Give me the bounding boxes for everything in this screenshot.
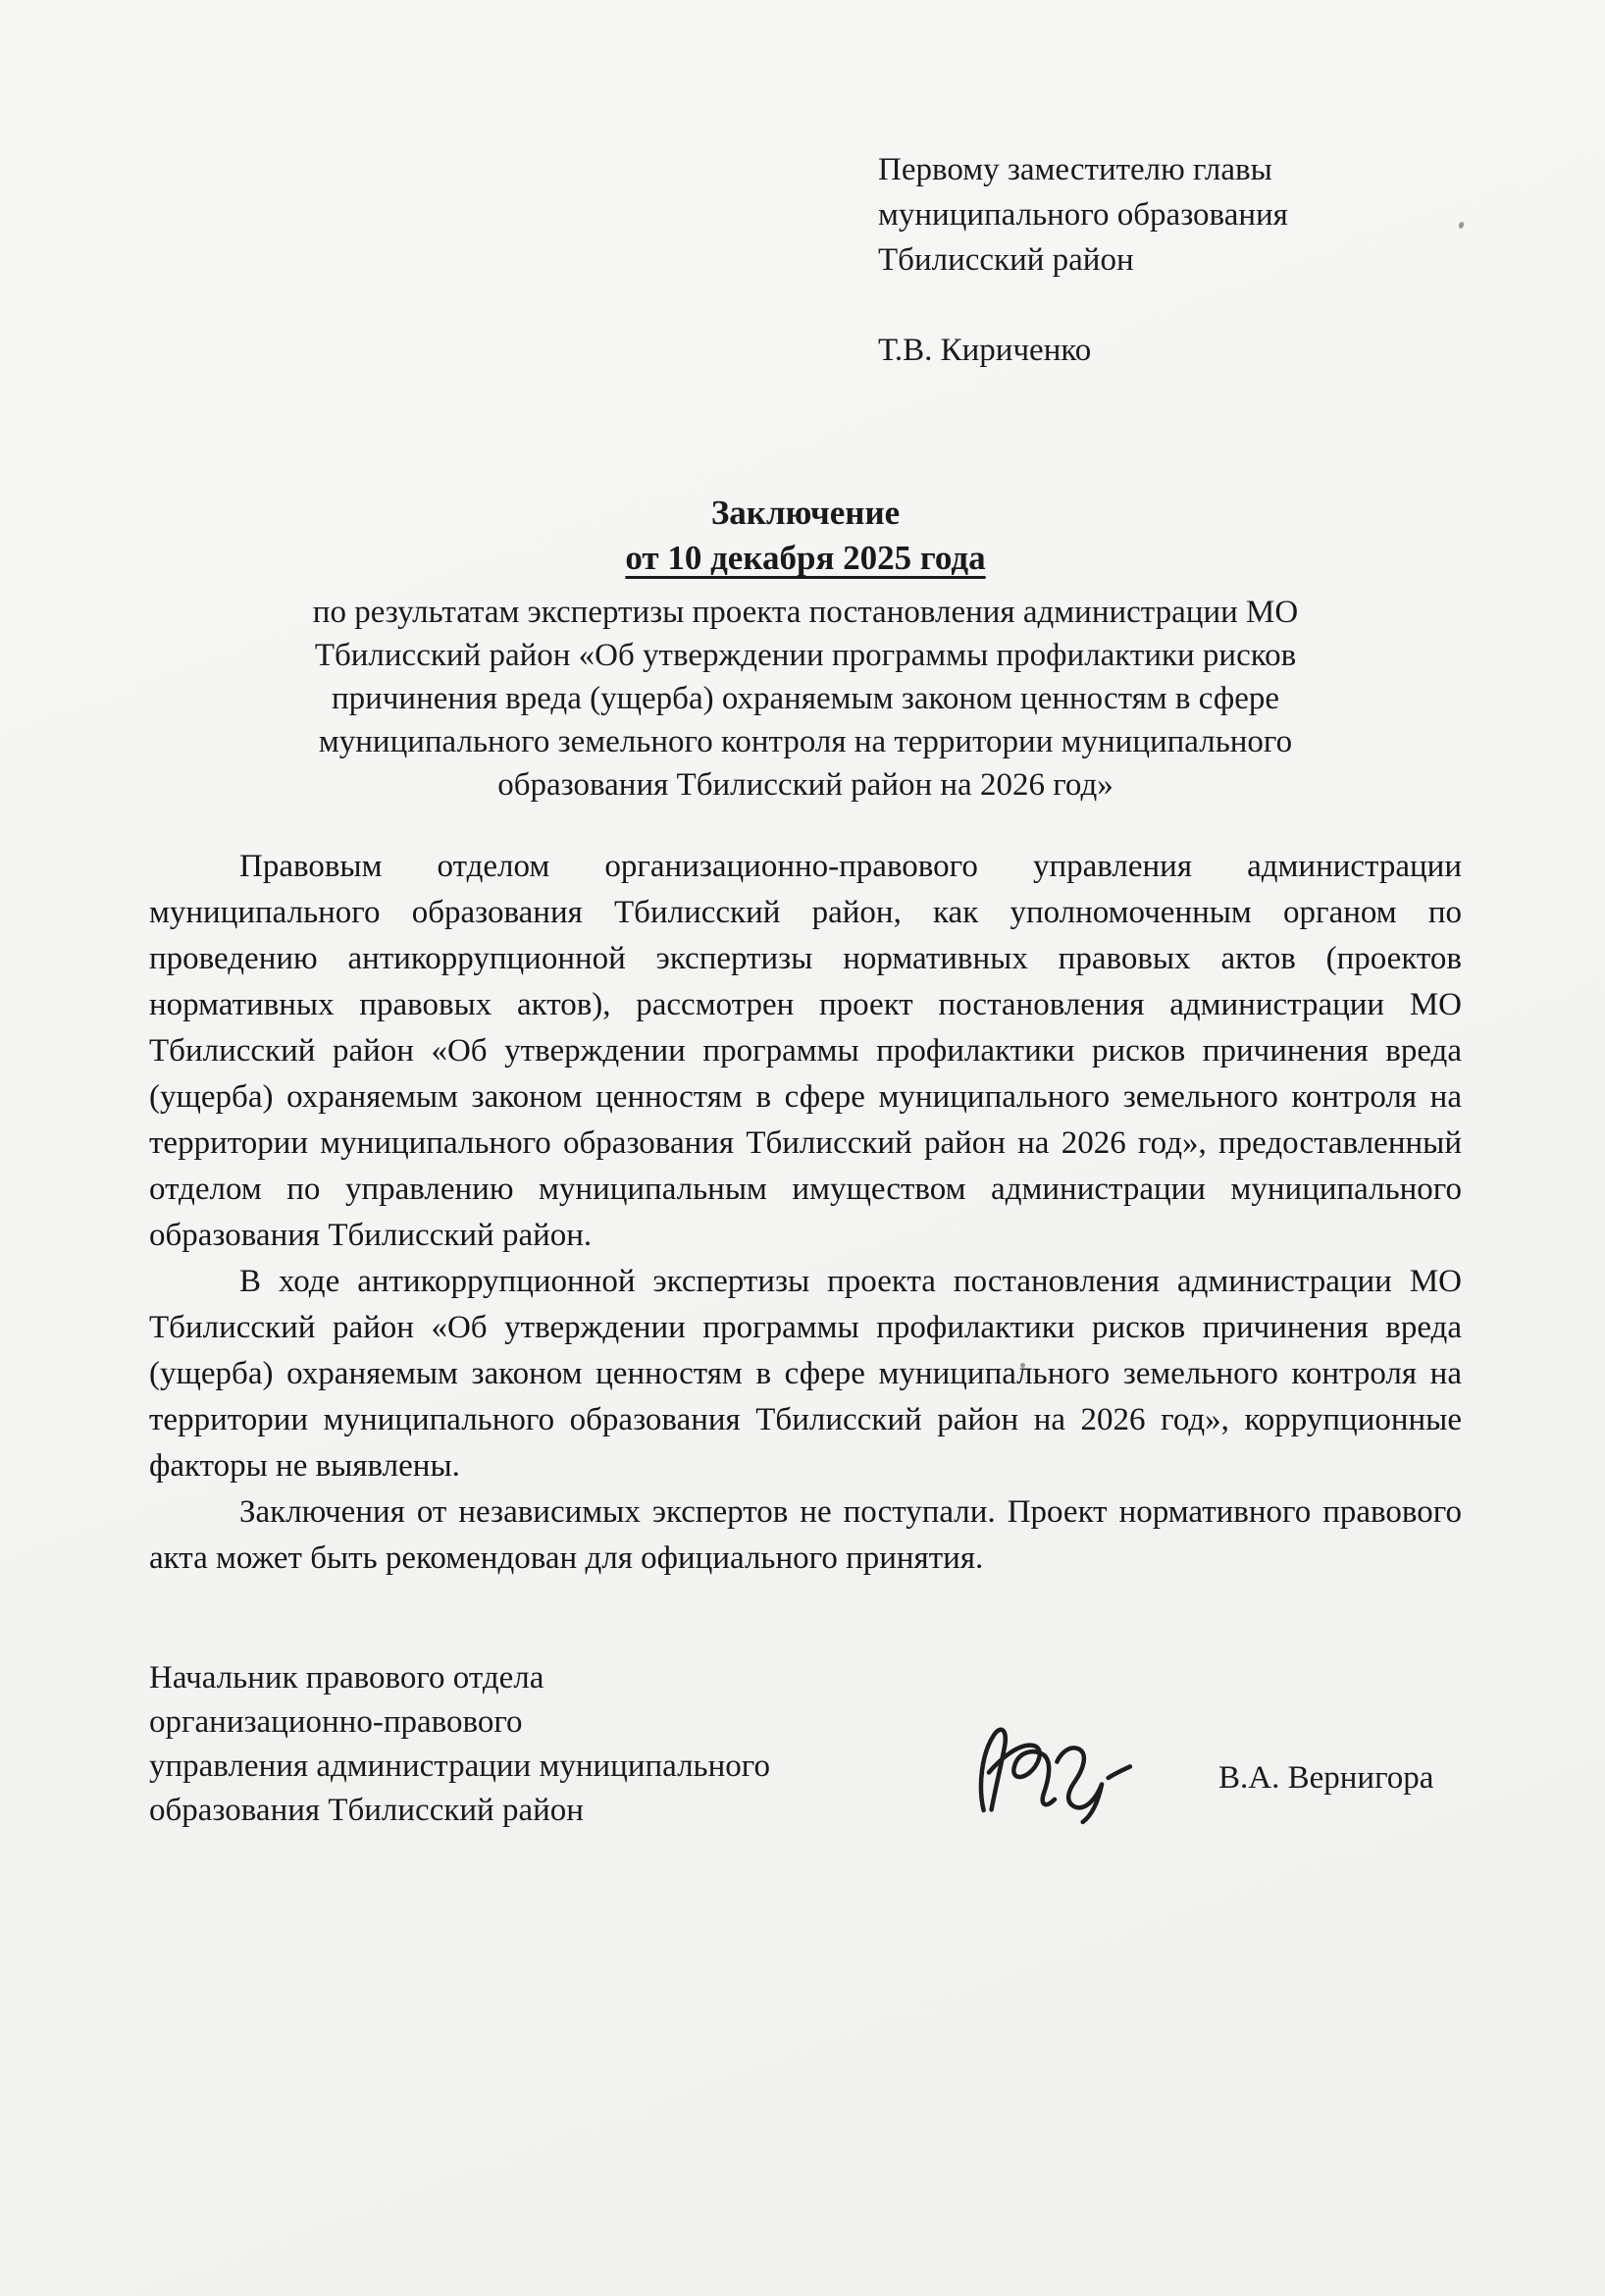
scan-artifact-dot: [1458, 221, 1465, 229]
body-text: Правовым отделом организационно-правовог…: [149, 844, 1462, 1582]
document-subtitle: по результатам экспертизы проекта постан…: [149, 591, 1462, 807]
signature-block: Начальник правового отдела организационн…: [149, 1656, 1462, 1892]
body-paragraph: Правовым отделом организационно-правовог…: [149, 844, 1462, 1259]
recipient-block: Первому заместителю главы муниципального…: [878, 147, 1388, 373]
recipient-line: Первому заместителю главы: [878, 147, 1388, 192]
subtitle-line: по результатам экспертизы проекта постан…: [149, 591, 1462, 634]
subtitle-line: Тбилисский район «Об утверждении програм…: [149, 634, 1462, 677]
recipient-line: Тбилисский район: [878, 237, 1388, 283]
title-block: Заключение от 10 декабря 2025 года по ре…: [149, 491, 1462, 807]
handwritten-signature: [950, 1700, 1155, 1842]
document-date-wrap: от 10 декабря 2025 года: [149, 536, 1462, 581]
scan-artifact-dot: [1020, 1363, 1025, 1368]
signer-position-line: Начальник правового отдела: [149, 1656, 855, 1700]
recipient-line: муниципального образования: [878, 192, 1388, 237]
body-paragraph: Заключения от независимых экспертов не п…: [149, 1489, 1462, 1582]
signer-position-line: организационно-правового: [149, 1700, 855, 1745]
subtitle-line: причинения вреда (ущерба) охраняемым зак…: [149, 677, 1462, 720]
scanned-document-page: Первому заместителю главы муниципального…: [0, 0, 1605, 2296]
subtitle-line: муниципального земельного контроля на те…: [149, 720, 1462, 763]
signer-position-line: образования Тбилисский район: [149, 1789, 855, 1833]
document-title: Заключение: [149, 491, 1462, 536]
subtitle-line: образования Тбилисский район на 2026 год…: [149, 763, 1462, 807]
signer-name: В.А. Вернигора: [1218, 1756, 1433, 1800]
signer-position-line: управления администрации муниципального: [149, 1745, 855, 1789]
recipient-name: Т.В. Кириченко: [878, 328, 1388, 373]
body-paragraph: В ходе антикоррупционной экспертизы прое…: [149, 1259, 1462, 1489]
document-date: от 10 декабря 2025 года: [625, 536, 985, 581]
signer-position-block: Начальник правового отдела организационн…: [149, 1656, 855, 1833]
